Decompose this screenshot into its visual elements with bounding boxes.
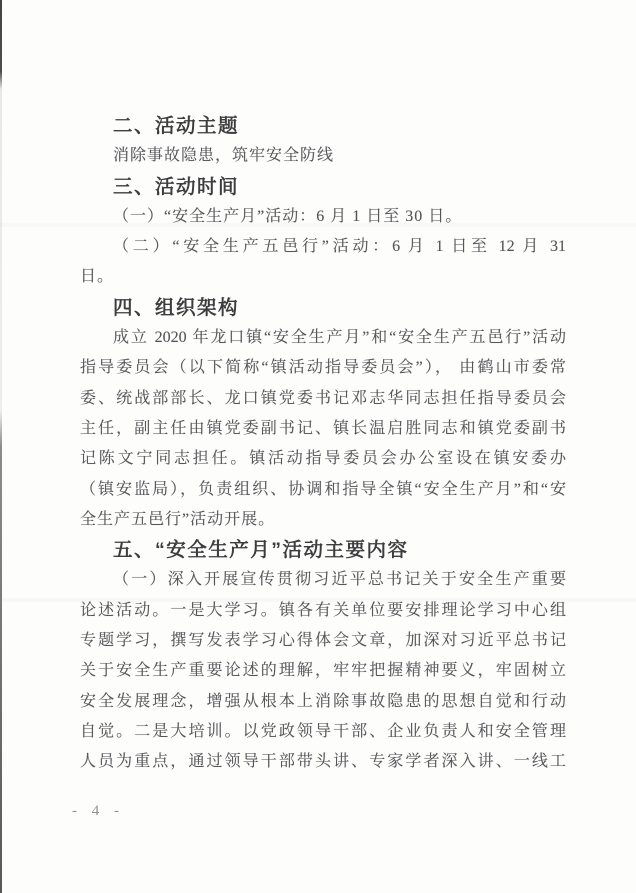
text-line: （一）深入开展宣传贯彻习近平总书记关于安全生产重要 bbox=[80, 565, 566, 595]
text-line: （镇安监局），负责组织、协调和指导全镇“安全生产月”和“安 bbox=[80, 475, 566, 505]
text-line: （二）“安全生产五邑行”活动：6 月 1 日至 12 月 31 bbox=[80, 232, 566, 262]
scanned-document-page: { "page": { "width": 636, "height": 893,… bbox=[0, 0, 636, 893]
text-line: 主任，副主任由镇党委副书记、镇长温启胜同志和镇党委副书 bbox=[80, 414, 566, 444]
section-heading: 三、活动时间 bbox=[80, 172, 566, 202]
text-line: 安全发展理念，增强从根本上消除事故隐患的思想自觉和行动 bbox=[80, 687, 566, 717]
text-line: 人员为重点，通过领导干部带头讲、专家学者深入讲、一线工 bbox=[80, 747, 566, 777]
text-line: 日。 bbox=[80, 262, 566, 292]
text-line: 成立 2020 年龙口镇“安全生产月”和“安全生产五邑行”活动 bbox=[80, 323, 566, 353]
scan-edge-line bbox=[0, 0, 2, 893]
text-line: （一）“安全生产月”活动：6 月 1 日至 30 日。 bbox=[80, 202, 566, 232]
section-heading: 四、组织架构 bbox=[80, 293, 566, 323]
text-line: 指导委员会（以下简称“镇活动指导委员会”）， 由鹤山市委常 bbox=[80, 353, 566, 383]
text-line: 关于安全生产重要论述的理解，牢牢把握精神要义，牢固树立 bbox=[80, 656, 566, 686]
text-line: 论述活动。一是大学习。镇各有关单位要安排理论学习中心组 bbox=[80, 596, 566, 626]
section-heading: 五、“安全生产月”活动主要内容 bbox=[80, 535, 566, 565]
document-body: 二、活动主题消除事故隐患，筑牢安全防线三、活动时间（一）“安全生产月”活动：6 … bbox=[80, 111, 566, 778]
section-heading: 二、活动主题 bbox=[80, 111, 566, 141]
text-line: 自觉。二是大培训。以党政领导干部、企业负责人和安全管理 bbox=[80, 717, 566, 747]
text-line: 全生产五邑行”活动开展。 bbox=[80, 505, 566, 535]
text-line: 委、统战部部长、龙口镇党委书记邓志华同志担任指导委员会 bbox=[80, 384, 566, 414]
text-line: 记陈文宁同志担任。镇活动指导委员会办公室设在镇安委办 bbox=[80, 444, 566, 474]
text-line: 消除事故隐患，筑牢安全防线 bbox=[80, 141, 566, 171]
text-line: 专题学习，撰写发表学习心得体会文章，加深对习近平总书记 bbox=[80, 626, 566, 656]
page-number: - 4 - bbox=[72, 803, 122, 820]
